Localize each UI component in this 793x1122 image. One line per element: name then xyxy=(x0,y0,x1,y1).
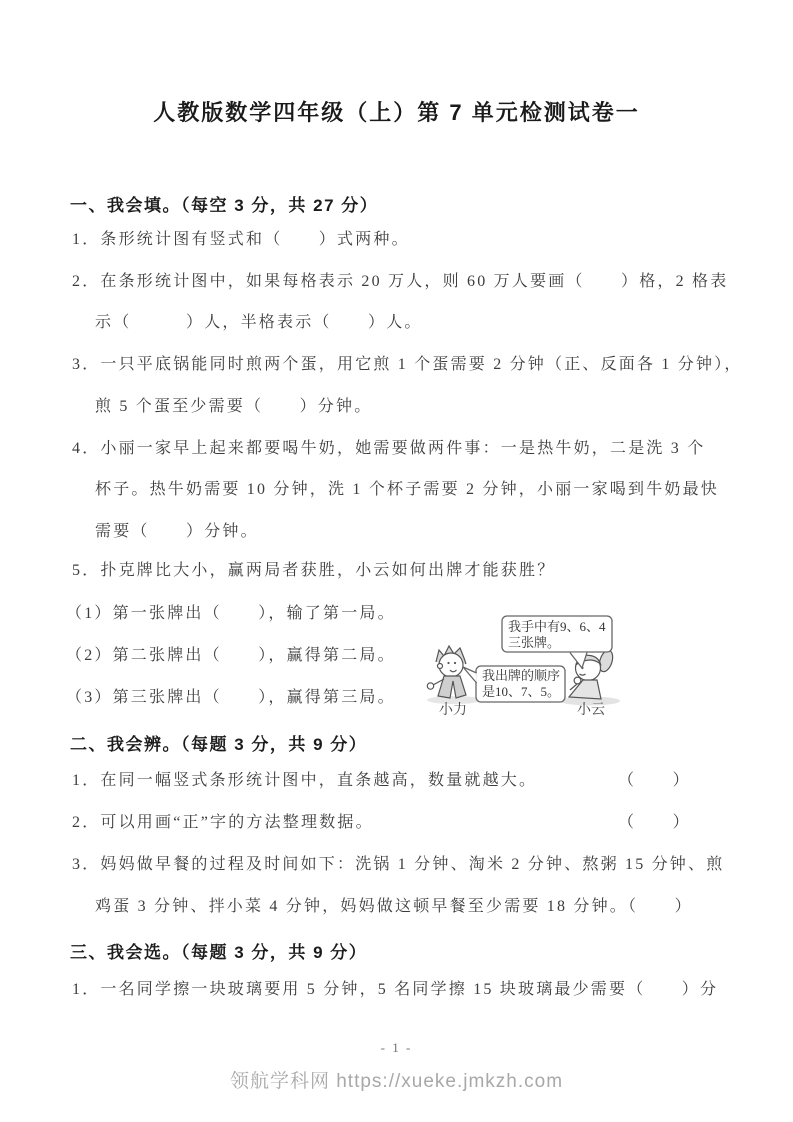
fill-q5-item2: （2）第二张牌出（ ），赢得第二局。 xyxy=(66,646,396,666)
fill-q5-stem: 5．扑克牌比大小，赢两局者获胜，小云如何出牌才能获胜？ xyxy=(72,561,555,581)
fill-q3-line1: 3．一只平底锅能同时煎两个蛋，用它煎 1 个蛋需要 2 分钟（正、反面各 1 分… xyxy=(72,355,743,375)
judge-q3-line2: 鸡蛋 3 分钟、拌小菜 4 分钟，妈妈做这顿早餐至少需要 18 分钟。（ ） xyxy=(95,897,693,917)
judge-q1-blank: （ ） xyxy=(618,771,691,791)
speech-bubble-boy: 我出牌的顺序 是10、7、5。 xyxy=(463,666,565,702)
girl-bubble-text-line2: 三张牌。 xyxy=(508,635,560,650)
judge-q3-line1: 3．妈妈做早餐的过程及时间如下：洗锅 1 分钟、淘米 2 分钟、熬粥 15 分钟… xyxy=(72,855,724,875)
boy-bubble-text-line1: 我出牌的顺序 xyxy=(482,668,560,683)
page-number: - 1 - xyxy=(0,1040,793,1056)
fill-q4-line3: 需要（ ）分钟。 xyxy=(95,522,259,542)
judge-q2-text: 2．可以用画“正”字的方法整理数据。 xyxy=(72,813,374,833)
fill-q2-line2: 示（ ）人，半格表示（ ）人。 xyxy=(95,313,423,333)
girl-figure xyxy=(560,649,620,706)
judge-q2-blank: （ ） xyxy=(618,813,691,833)
fill-q4-line1: 4．小丽一家早上起来都要喝牛奶，她需要做两件事：一是热牛奶，二是洗 3 个 xyxy=(72,439,705,459)
section-three-heading: 三、我会选。（每题 3 分，共 9 分） xyxy=(70,938,367,963)
fill-q5-item3: （3）第三张牌出（ ），赢得第三局。 xyxy=(66,688,396,708)
fill-q5-item1: （1）第一张牌出（ ），输了第一局。 xyxy=(66,604,396,624)
judge-q1-text: 1．在同一幅竖式条形统计图中，直条越高，数量就越大。 xyxy=(72,771,537,791)
boy-name-label: 小力 xyxy=(439,701,467,718)
boy-bubble-text-line2: 是10、7、5。 xyxy=(482,684,560,699)
cards-illustration: 我手中有9、6、4 三张牌。 我出牌的顺序 是10、7、5。 小力 小云 xyxy=(420,600,793,725)
section-two-heading: 二、我会辨。（每题 3 分，共 9 分） xyxy=(70,730,367,755)
watermark-text: 领航学科网 https://xueke.jmkzh.com xyxy=(0,1066,793,1093)
fill-q4-line2: 杯子。热牛奶需要 10 分钟，洗 1 个杯子需要 2 分钟，小丽一家喝到牛奶最快 xyxy=(95,480,719,500)
cards-illustration-svg: 我手中有9、6、4 三张牌。 我出牌的顺序 是10、7、5。 小力 小云 xyxy=(420,600,793,725)
test-paper-page: 人教版数学四年级（上）第 7 单元检测试卷一 一、我会填。（每空 3 分，共 2… xyxy=(0,0,793,1122)
choice-q1-line1: 1．一名同学擦一块玻璃要用 5 分钟，5 名同学擦 15 块玻璃最少需要（ ）分 xyxy=(72,980,718,1000)
fill-q2-line1: 2．在条形统计图中，如果每格表示 20 万人，则 60 万人要画（ ）格，2 格… xyxy=(72,272,728,292)
girl-bubble-text-line1: 我手中有9、6、4 xyxy=(508,619,606,634)
fill-q1-line: 1．条形统计图有竖式和（ ）式两种。 xyxy=(72,230,410,250)
section-one-heading: 一、我会填。（每空 3 分，共 27 分） xyxy=(70,191,378,216)
fill-q3-line2: 煎 5 个蛋至少需要（ ）分钟。 xyxy=(95,397,372,417)
girl-name-label: 小云 xyxy=(577,702,605,718)
paper-title: 人教版数学四年级（上）第 7 单元检测试卷一 xyxy=(0,96,793,127)
